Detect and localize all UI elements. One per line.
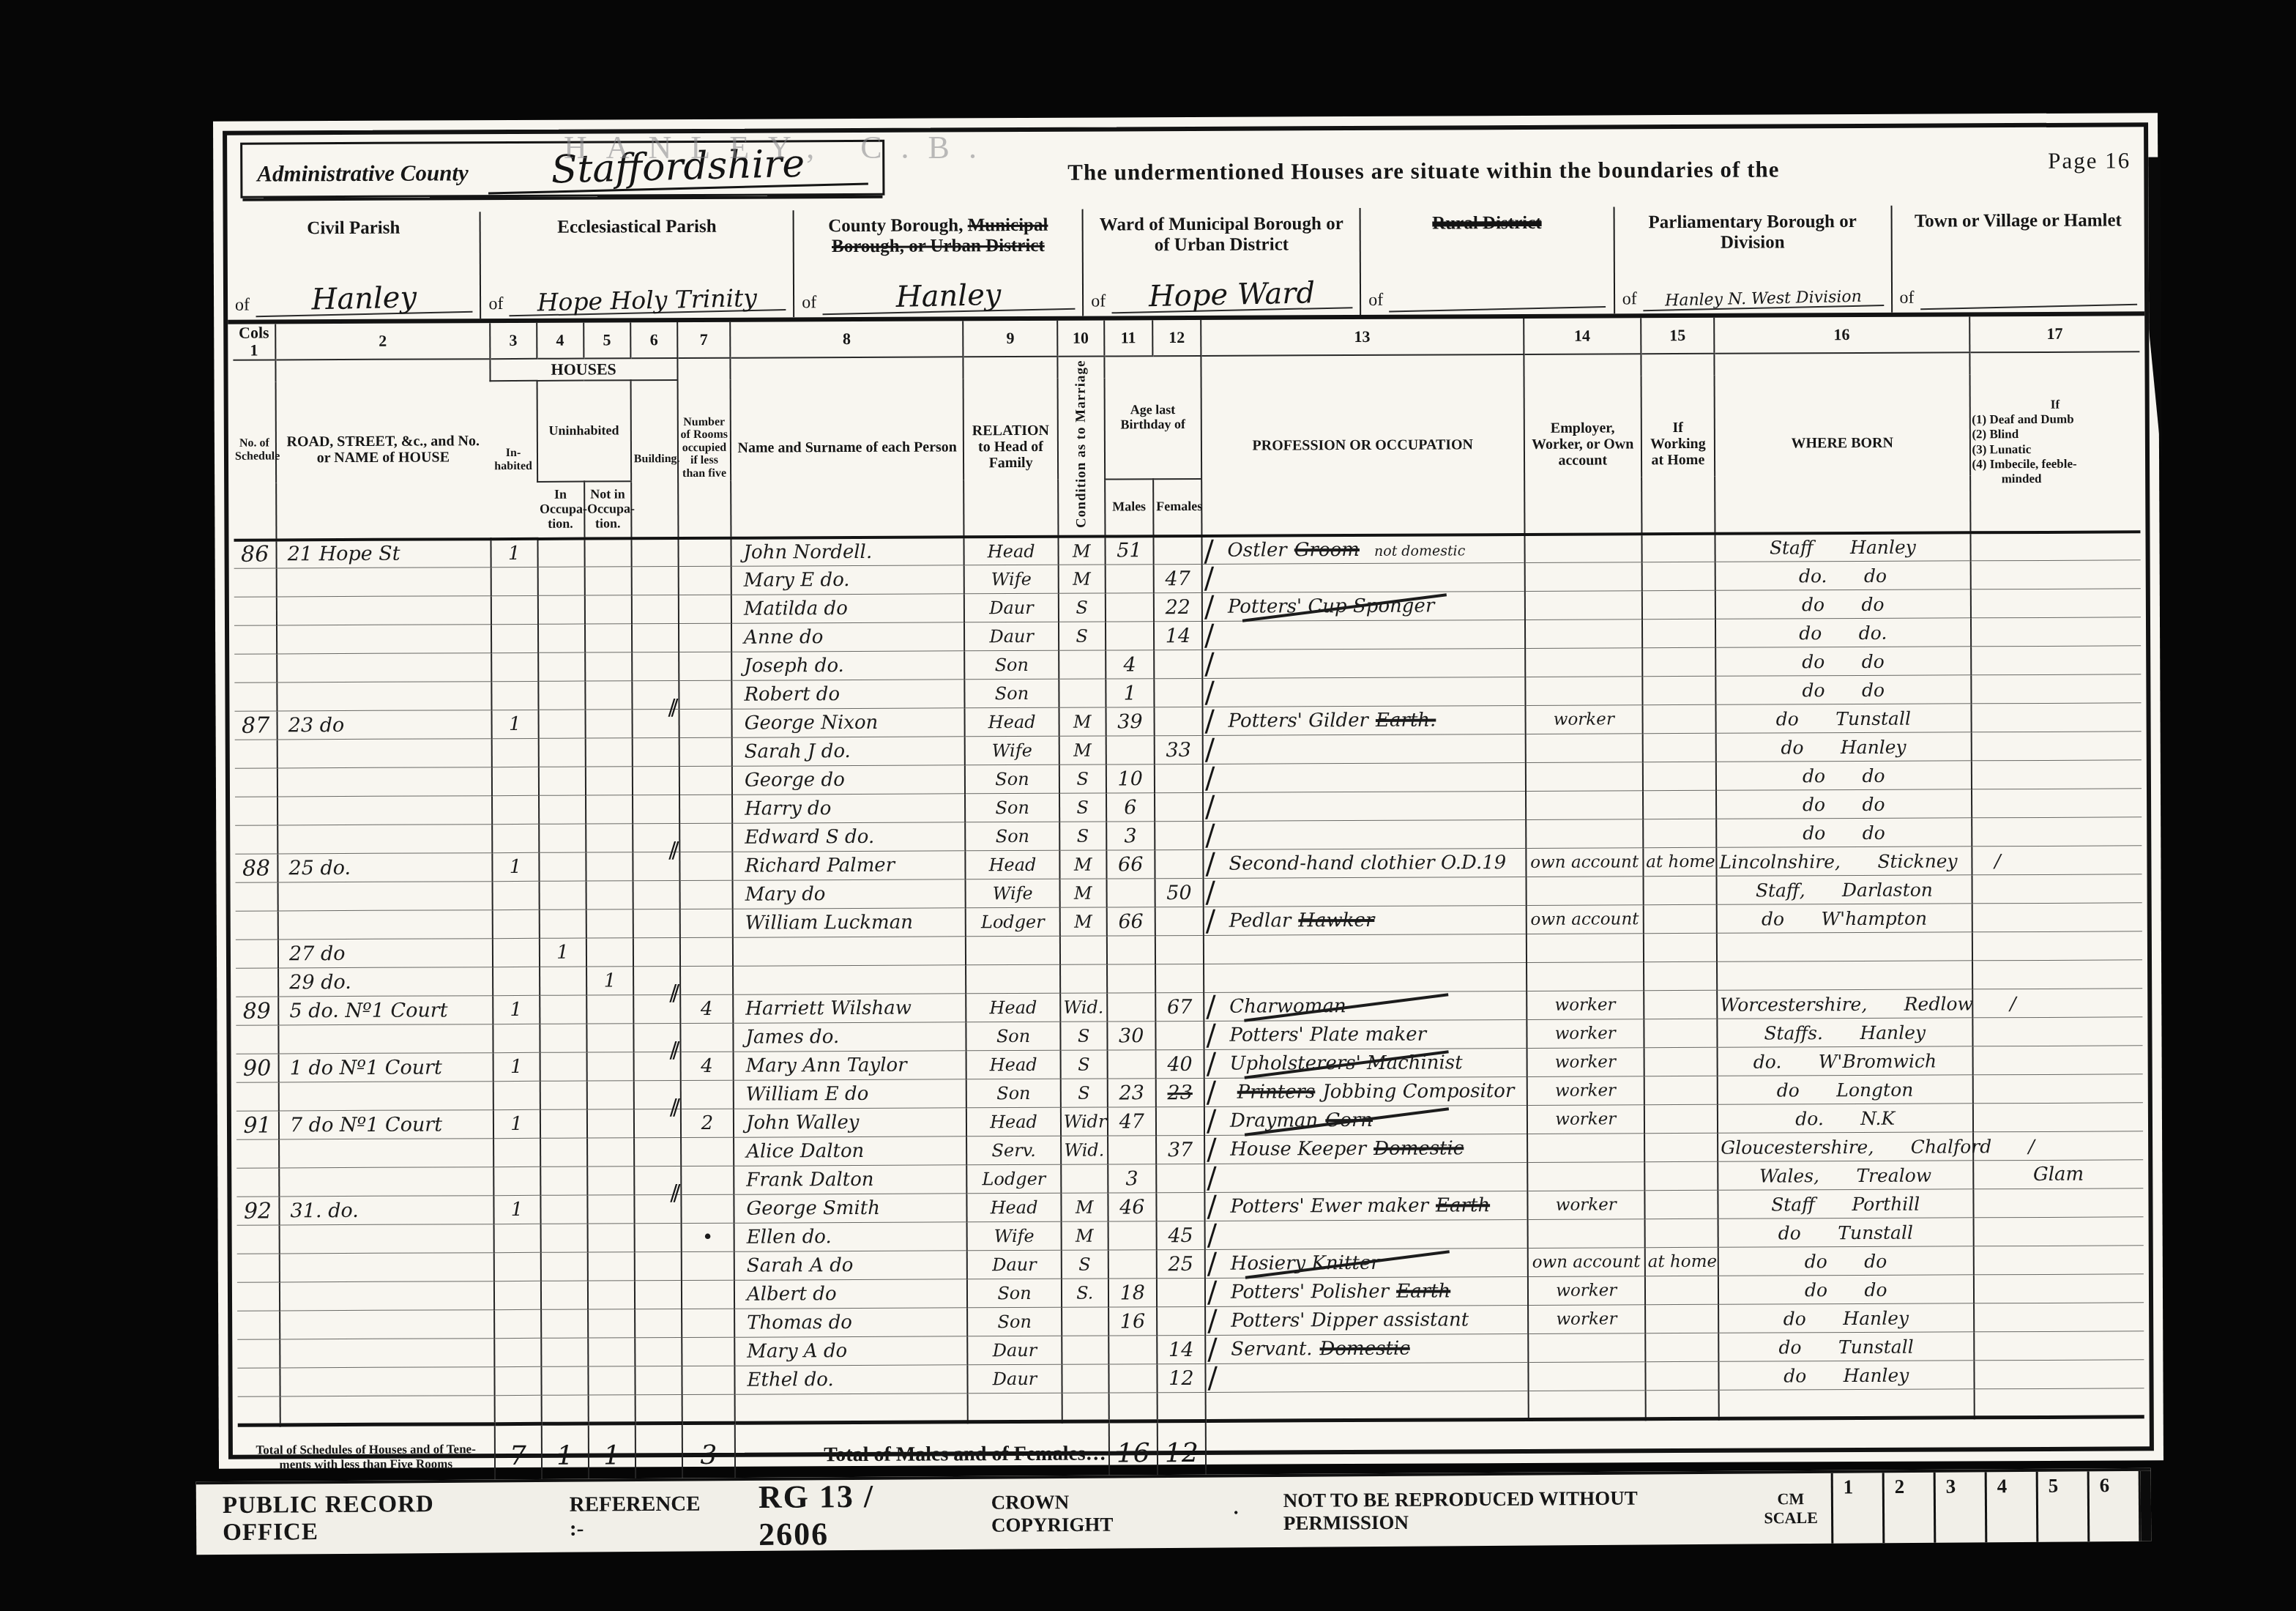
cell-working-at-home (1645, 1333, 1718, 1362)
cell-schedule-number (234, 654, 277, 682)
cell-inhabited (492, 939, 539, 967)
infirmity-line: (3) Lunatic (1972, 442, 2139, 457)
cell-rooms (680, 966, 733, 994)
cell-uninhabited-not-occupation (587, 1167, 634, 1195)
cell-schedule-number (235, 797, 277, 825)
cell-uninhabited-in-occupation (538, 681, 585, 710)
cell-relation: Wife (966, 879, 1059, 908)
cell-address: 27 do (278, 939, 493, 968)
cell-age-female (1155, 1022, 1204, 1050)
parliamentary-borough-box: Parliamentary Borough or Division of Han… (1613, 206, 1891, 314)
cell-uninhabited-in-occupation (538, 738, 585, 767)
cell-inhabited (493, 1024, 540, 1053)
cell-relation: Lodger (967, 1164, 1061, 1194)
permission-label: NOT TO BE REPRODUCED WITHOUT PERMISSION (1283, 1486, 1751, 1534)
cell-age-female (1156, 1164, 1204, 1193)
cell-relation: Son (966, 1022, 1060, 1051)
cell-infirmity (1972, 817, 2142, 847)
cell-age-female (1155, 850, 1203, 879)
cell-uninhabited-in-occupation (540, 1024, 586, 1052)
cell-age-female (1156, 1193, 1204, 1221)
cell-uninhabited-not-occupation (585, 652, 632, 681)
cell-uninhabited-in-occupation (540, 1224, 587, 1252)
col-in-occupation-header: In Occupa-tion. (537, 481, 584, 538)
col-females-header: Females (1153, 479, 1201, 536)
cell-rooms (679, 652, 731, 680)
cell-where-born: do do. (1715, 618, 1971, 648)
cell-age-female: 45 (1156, 1221, 1204, 1250)
cell-occupation (1203, 763, 1526, 793)
civil-parish-value: Hanley (256, 282, 473, 317)
cell-where-born: do. W'Bromwich (1718, 1046, 1973, 1076)
cell-person-name: Ethel do. (734, 1365, 968, 1394)
infirmity-line: If (1972, 398, 2139, 413)
col-num-3: 3 (490, 323, 537, 360)
town-village-value (1920, 304, 2137, 310)
cell-where-born: do do (1718, 1275, 1974, 1305)
cell-schedule-number (236, 1082, 279, 1111)
cell-employer-worker (1524, 591, 1641, 620)
cell-infirmity (1971, 646, 2142, 675)
cell-infirmity (1974, 1360, 2144, 1389)
ruler-end-block (2141, 1471, 2152, 1541)
col-num-5: 5 (584, 322, 630, 359)
cell-rooms (681, 1166, 734, 1194)
cell-uninhabited-in-occupation (537, 538, 584, 567)
occupation-text: Pedlar (1229, 910, 1291, 932)
cell-infirmity (1970, 560, 2141, 589)
cell-schedule-number (237, 1254, 280, 1282)
occupation-struck-prefix: Printers (1237, 1081, 1316, 1103)
cell-working-at-home (1645, 1276, 1718, 1305)
cell-age-female (1154, 707, 1202, 736)
cell-relation: Head (967, 1193, 1061, 1222)
cell-occupation (1204, 963, 1527, 993)
cell-infirmity (1971, 617, 2142, 647)
cell-employer-worker (1526, 877, 1643, 906)
cell-infirmity (1973, 1274, 2144, 1303)
cell-person-name: William Luckman (733, 908, 966, 937)
cell-relation: Daur (967, 1250, 1061, 1279)
cell-age-male: 66 (1106, 850, 1155, 879)
cell-working-at-home (1644, 1191, 1718, 1219)
cell-occupation: Hosiery Knitter (1205, 1249, 1528, 1279)
cell-occupation: Charwoman (1204, 991, 1527, 1022)
cell-employer-worker (1524, 562, 1641, 592)
cell-age-male: 23 (1107, 1079, 1155, 1107)
cell-schedule-number (234, 682, 277, 711)
cell-marital-condition (1062, 1364, 1108, 1393)
cell-uninhabited-in-occupation (541, 1281, 588, 1309)
cell-building (632, 624, 679, 652)
cell-age-female: 37 (1156, 1136, 1204, 1164)
cell-infirmity (1972, 960, 2143, 989)
cell-inhabited (492, 910, 539, 939)
cell-age-male: 18 (1108, 1279, 1157, 1307)
cell-age-male (1105, 565, 1153, 593)
cell-employer-worker: worker (1527, 1191, 1644, 1220)
cell-working-at-home (1644, 1048, 1717, 1076)
cell-employer-worker (1525, 677, 1642, 706)
cell-uninhabited-not-occupation (586, 824, 633, 852)
cell-occupation: Second-hand clothier O.D.19 (1203, 849, 1526, 879)
occupation-struck-word: Domestic (1319, 1338, 1409, 1361)
cell-age-female (1154, 650, 1202, 679)
cell-uninhabited-not-occupation (587, 1109, 634, 1138)
cell-marital-condition: M (1059, 879, 1106, 907)
separator-dot: · (1233, 1501, 1240, 1524)
cell-relation: Son (966, 822, 1059, 851)
occupation-struck-word: Earth (1396, 1281, 1450, 1303)
cell-age-male: 30 (1107, 1022, 1155, 1050)
cell-employer-worker: own account (1526, 905, 1643, 934)
cell-age-female: 23 (1156, 1079, 1204, 1107)
cell-relation: Daur (964, 622, 1058, 651)
occupation-text: Jobbing Compositor (1322, 1080, 1514, 1103)
cell-working-at-home (1644, 991, 1717, 1019)
cell-schedule-number: 92 (236, 1197, 279, 1225)
cell-address (277, 767, 492, 797)
cell-relation: Son (968, 1307, 1062, 1336)
cell-inhabited (493, 967, 540, 996)
cell-inhabited (493, 1082, 540, 1110)
cell-schedule-number (237, 1225, 280, 1254)
cell-working-at-home: at home (1645, 1248, 1718, 1276)
cell-marital-condition: S (1060, 1079, 1107, 1107)
cell-age-male (1106, 736, 1154, 764)
cell-uninhabited-in-occupation (541, 1366, 588, 1395)
cell-uninhabited-not-occupation (588, 1309, 635, 1338)
cell-where-born: do W'hampton (1717, 904, 1972, 934)
cell-uninhabited-not-occupation (585, 710, 632, 738)
census-table-header: Cols 1 2 3 4 5 6 7 8 9 10 11 12 13 14 15… (233, 316, 2140, 540)
col-name-header: Name and Surname of each Person (730, 357, 964, 538)
cell-where-born: do do (1716, 818, 1972, 848)
cell-marital-condition (1060, 936, 1107, 964)
cell-building (631, 538, 678, 567)
cell-occupation: Potters' GilderEarth. (1202, 706, 1525, 736)
cell-age-male (1108, 1364, 1157, 1393)
cell-marital-condition (1062, 1336, 1108, 1364)
cell-where-born: do do (1718, 1246, 1974, 1276)
cell-inhabited (491, 767, 538, 796)
cell-infirmity (1970, 589, 2141, 618)
cm-ruler: 1 2 3 4 5 6 (1831, 1471, 2142, 1544)
cell-infirmity (1971, 674, 2142, 704)
cell-where-born: Staff Hanley (1715, 532, 1970, 562)
occupation-text: Hosiery Knitter (1231, 1252, 1380, 1275)
col-infirmity-header: If (1) Deaf and Dumb (2) Blind (3) Lunat… (1969, 352, 2141, 532)
cell-marital-condition: Wid. (1060, 993, 1107, 1022)
cell-uninhabited-not-occupation (586, 1024, 633, 1052)
cell-address (277, 796, 492, 825)
cell-person-name: Albert do (734, 1279, 968, 1309)
cell-working-at-home (1644, 1162, 1718, 1191)
cell-where-born: do do (1716, 789, 1972, 819)
cell-marital-condition (1059, 679, 1106, 707)
cell-marital-condition: S (1059, 793, 1106, 822)
cell-rooms (679, 823, 732, 852)
cell-person-name (735, 1394, 969, 1423)
cell-marital-condition: M (1058, 565, 1105, 593)
cell-rooms (680, 937, 733, 966)
cell-person-name: Mary E do. (731, 565, 965, 595)
parliamentary-borough-label: Parliamentary Borough or Division (1622, 212, 1883, 254)
cell-age-male (1107, 964, 1155, 993)
cell-employer-worker (1525, 734, 1642, 763)
cell-building (634, 1138, 681, 1167)
cm-scale-label: CM SCALE (1751, 1473, 1832, 1544)
cell-uninhabited-in-occupation (540, 1138, 587, 1167)
cell-person-name: Mary Ann Taylor (734, 1051, 967, 1080)
census-sheet: Administrative County Staffordshire The … (213, 113, 2163, 1469)
cell-uninhabited-in-occupation (539, 881, 586, 909)
cell-infirmity (1972, 1074, 2143, 1104)
cell-uninhabited-not-occupation (586, 1052, 633, 1081)
ruler-segment: 2 (1885, 1473, 1937, 1543)
ward-value: Hope Ward (1111, 278, 1353, 313)
cell-address (279, 1139, 493, 1168)
cell-marital-condition: S (1061, 1250, 1108, 1279)
cell-occupation: Potters' Cup Sponger (1202, 592, 1525, 622)
cell-uninhabited-not-occupation (587, 1138, 634, 1167)
cell-occupation (1202, 620, 1525, 650)
cell-schedule-number: 86 (234, 540, 276, 568)
cell-employer-worker: own account (1526, 848, 1643, 877)
cell-uninhabited-in-occupation (540, 1252, 587, 1281)
cell-working-at-home (1645, 1305, 1718, 1333)
cell-age-male (1108, 1136, 1156, 1164)
cell-infirmity (1972, 874, 2142, 904)
cell-employer-worker: worker (1527, 1019, 1644, 1049)
cell-occupation: Upholsterers' Machinist (1204, 1049, 1527, 1079)
cell-marital-condition: M (1059, 850, 1106, 879)
cell-working-at-home (1642, 705, 1715, 734)
cell-uninhabited-in-occupation (540, 1081, 586, 1109)
cell-infirmity (1973, 1188, 2144, 1218)
cell-marital-condition: Widr (1061, 1107, 1108, 1136)
cell-marital-condition (1060, 964, 1107, 993)
cell-occupation: House KeeperDomestic (1204, 1134, 1527, 1164)
cell-inhabited (494, 1396, 541, 1424)
cell-rooms (682, 1394, 734, 1423)
cell-uninhabited-not-occupation (586, 795, 633, 824)
cell-age-female: 14 (1157, 1336, 1205, 1364)
cell-working-at-home (1644, 934, 1717, 962)
cell-person-name: Sarah A do (734, 1251, 968, 1280)
cell-relation: Head (965, 707, 1059, 737)
cell-rooms (679, 566, 731, 595)
cell-marital-condition: S (1060, 1050, 1107, 1079)
cell-uninhabited-in-occupation (540, 1167, 587, 1195)
cell-address (280, 1339, 494, 1368)
occupation-text: Potters' Ewer maker (1230, 1195, 1428, 1218)
cell-infirmity (1970, 532, 2141, 561)
cell-age-male: 3 (1108, 1164, 1156, 1193)
cell-person-name: Anne do (731, 622, 965, 652)
cell-uninhabited-not-occupation (586, 938, 633, 967)
cell-schedule-number: 87 (235, 711, 277, 740)
ruler-segment: 6 (2090, 1471, 2142, 1541)
census-table-body: 86 21 Hope St 1 John Nordell. Head M 51 … (234, 532, 2144, 1425)
of-label: of (802, 293, 816, 313)
cell-where-born (1717, 932, 1972, 962)
cell-age-male: 39 (1106, 707, 1154, 736)
rural-district-label: Rural District (1368, 213, 1606, 234)
cell-infirmity (1973, 1246, 2144, 1275)
cell-person-name: Harriett Wilshaw (733, 994, 966, 1023)
cell-employer-worker: worker (1528, 1276, 1645, 1306)
ward-box: Ward of Municipal Borough or of Urban Di… (1082, 208, 1360, 316)
cell-working-at-home (1644, 1019, 1717, 1048)
col-uninhabited-header: Uninhabited (537, 381, 631, 482)
cell-relation: Head (964, 536, 1058, 565)
cell-address (279, 1167, 493, 1197)
cell-inhabited: 1 (493, 1110, 540, 1139)
cell-employer-worker: worker (1527, 1105, 1644, 1134)
archive-stamp: HANLEY, C.B. (564, 129, 996, 166)
cell-marital-condition: M (1059, 736, 1106, 764)
cell-marital-condition: M (1059, 907, 1106, 936)
col-occupation-header: PROFESSION OR OCCUPATION (1201, 354, 1524, 535)
cell-age-male (1108, 1336, 1157, 1364)
col-houses-header: HOUSES (490, 358, 678, 381)
cell-person-name: Joseph do. (731, 651, 965, 680)
of-label: of (1091, 291, 1106, 311)
cell-inhabited: 1 (493, 996, 540, 1024)
cell-marital-condition: M (1059, 707, 1106, 736)
cell-age-male (1106, 622, 1154, 650)
cell-schedule-number (236, 1025, 278, 1054)
cell-address: 29 do. (278, 967, 493, 997)
cell-employer-worker (1527, 962, 1644, 991)
cell-age-male: 4 (1106, 650, 1154, 679)
cell-schedule-number (234, 568, 277, 597)
cell-occupation: Potters' PolisherEarth (1205, 1277, 1528, 1307)
cell-marital-condition: S (1058, 593, 1105, 622)
cell-uninhabited-in-occupation (538, 652, 585, 681)
cell-marital-condition: S (1059, 822, 1106, 850)
rural-district-box: Rural District of (1360, 207, 1614, 315)
col-condition-header: Condition as to Marriage (1057, 357, 1105, 537)
cell-relation: Wife (964, 565, 1058, 594)
col-condition-text: Condition as to Marriage (1073, 360, 1089, 528)
cell-person-name: Richard Palmer (732, 851, 966, 880)
cell-address: 23 do (277, 710, 492, 740)
cell-age-male (1107, 1050, 1155, 1079)
cell-uninhabited-in-occupation (537, 595, 584, 624)
cell-occupation (1202, 677, 1525, 707)
cell-age-male: 16 (1108, 1307, 1157, 1336)
col-employer-header: Employer, Worker, or Own account (1524, 354, 1641, 535)
cell-working-at-home (1643, 819, 1716, 848)
cell-uninhabited-not-occupation (587, 1252, 634, 1281)
cell-uninhabited-not-occupation (588, 1281, 635, 1309)
cell-where-born: Lincolnshire, Stickney / (1716, 847, 1972, 877)
cell-uninhabited-not-occupation (587, 1224, 634, 1252)
cell-schedule-number: 89 (236, 997, 278, 1025)
cell-age-female (1155, 764, 1203, 793)
cell-uninhabited-not-occupation (585, 681, 632, 710)
cell-where-born (1717, 961, 1972, 991)
cell-infirmity: Glam (1973, 1160, 2144, 1189)
cell-occupation: Servant.Domestic (1205, 1334, 1528, 1364)
situate-statement: The undermentioned Houses are situate wi… (884, 135, 1962, 186)
col-building-header: Building. (630, 380, 678, 538)
cell-address (277, 739, 492, 768)
cell-schedule-number: 91 (236, 1111, 279, 1139)
cell-inhabited (493, 1139, 540, 1167)
cell-inhabited (491, 739, 538, 767)
cell-person-name: Sarah J do. (732, 737, 966, 766)
cell-age-male (1108, 1221, 1156, 1250)
cell-building (633, 795, 679, 824)
cell-person-name: George Nixon (732, 708, 966, 737)
occupation-text: Charwoman (1229, 995, 1346, 1018)
cell-occupation (1203, 877, 1526, 907)
cell-relation: Wife (967, 1221, 1061, 1251)
cell-relation (966, 964, 1060, 994)
cell-uninhabited-not-occupation (587, 1195, 634, 1224)
cell-uninhabited-in-occupation (538, 710, 585, 738)
cell-where-born: do Hanley (1716, 732, 1972, 762)
town-village-box: Town or Village or Hamlet of (1890, 204, 2144, 313)
of-label: of (1900, 289, 1915, 308)
cell-building (635, 1281, 682, 1309)
col-males-header: Males (1105, 479, 1153, 536)
cell-relation: Son (967, 1279, 1061, 1308)
cell-uninhabited-not-occupation (584, 567, 631, 595)
cell-where-born: do Tunstall (1718, 1218, 1974, 1248)
civil-parish-label: Civil Parish (235, 217, 473, 239)
cell-person-name: James do. (733, 1022, 966, 1052)
cell-rooms (678, 537, 731, 566)
cell-uninhabited-not-occupation (585, 595, 632, 624)
ward-label: Ward of Municipal Borough or of Urban Di… (1091, 214, 1352, 256)
infirmity-line: (1) Deaf and Dumb (1972, 412, 2139, 428)
cell-marital-condition (1062, 1307, 1108, 1336)
occupation-text: Potters' Dipper assistant (1231, 1309, 1469, 1332)
cell-where-born: do. N.K (1718, 1104, 1973, 1134)
cell-occupation: OstlerGroomnot domestic (1201, 535, 1524, 565)
rural-district-value (1389, 306, 1606, 312)
cell-person-name (733, 965, 966, 994)
cell-building (634, 1224, 681, 1252)
cell-inhabited (494, 1367, 541, 1396)
cell-uninhabited-in-occupation: 1 (539, 938, 586, 967)
cell-marital-condition: S. (1062, 1279, 1108, 1307)
cell-person-name: John Nordell. (731, 537, 964, 566)
cell-uninhabited-not-occupation (586, 852, 633, 881)
cell-inhabited (491, 568, 537, 596)
cell-occupation (1205, 1363, 1528, 1393)
cell-person-name: Edward S do. (732, 822, 966, 852)
cell-working-at-home (1643, 877, 1716, 905)
cell-schedule-number (237, 1311, 280, 1339)
cell-person-name: Matilda do (731, 594, 965, 623)
cell-address (278, 1024, 493, 1054)
col-relation-header: RELATION to Head of Family (963, 357, 1058, 537)
cell-marital-condition (1062, 1393, 1108, 1421)
scale-label: SCALE (1764, 1508, 1818, 1528)
cell-employer-worker (1526, 934, 1643, 963)
ruler-segment: 4 (1987, 1472, 2039, 1542)
cell-employer-worker (1524, 534, 1641, 563)
cell-uninhabited-not-occupation (588, 1338, 635, 1366)
cell-working-at-home (1645, 1362, 1718, 1391)
cell-age-female: 14 (1154, 622, 1202, 650)
cell-working-at-home (1641, 534, 1715, 562)
